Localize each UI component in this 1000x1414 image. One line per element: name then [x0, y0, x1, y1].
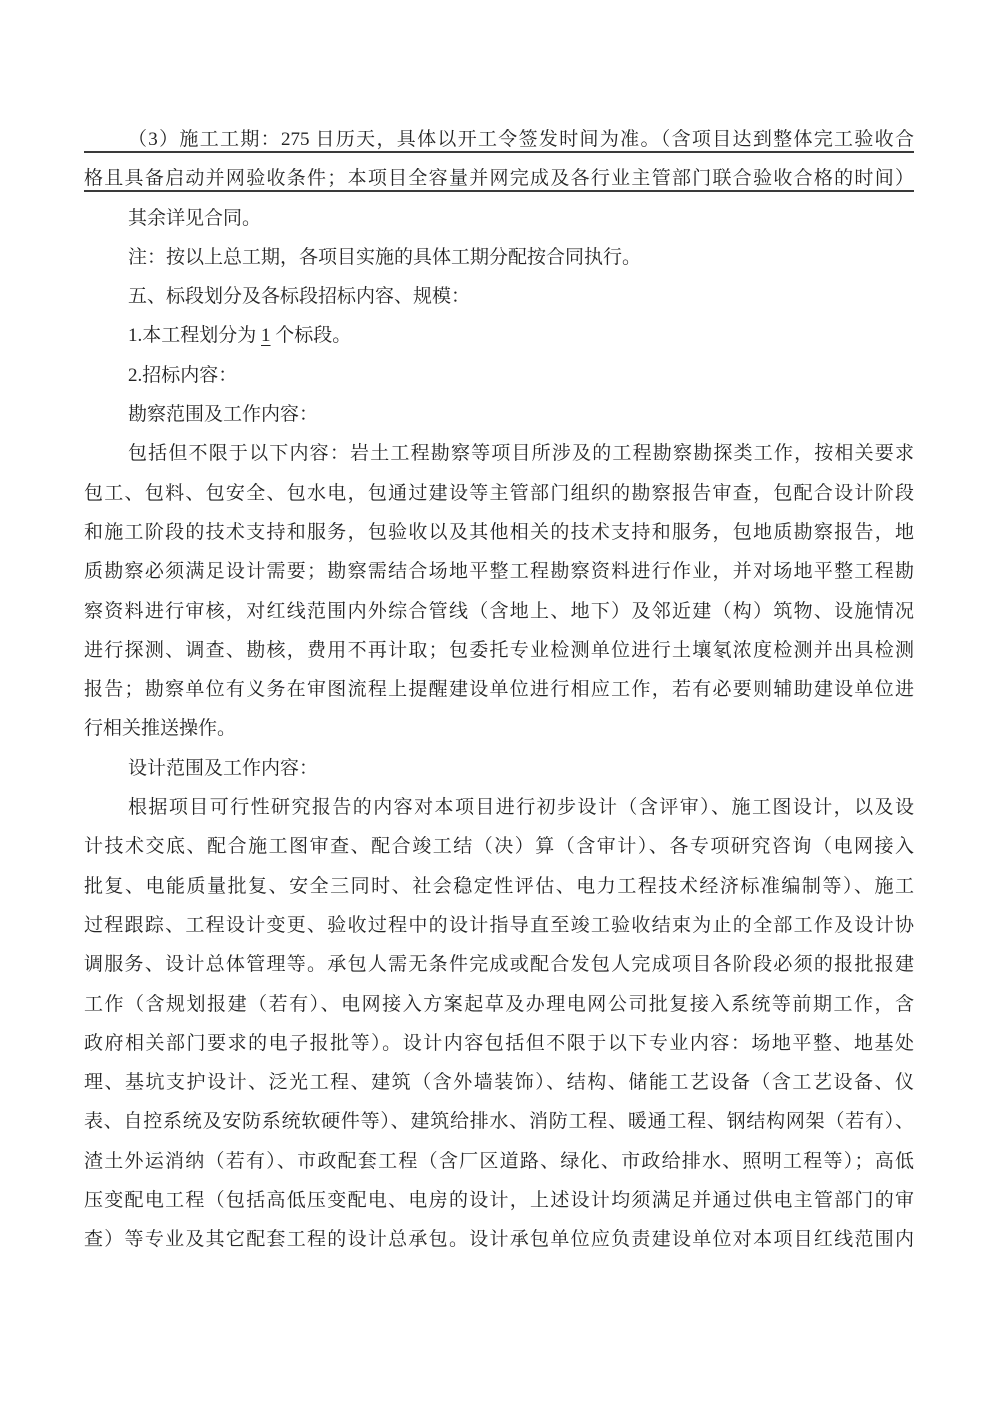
- text-line: 行相关推送操作。: [84, 709, 914, 748]
- underlined-number: 1: [261, 325, 271, 346]
- text-line: 2.招标内容：: [84, 356, 914, 395]
- text-line: 批复、电能质量批复、安全三同时、社会稳定性评估、电力工程技术经济标准编制等）、施…: [84, 867, 914, 906]
- text-segment: 个标段。: [271, 325, 352, 346]
- document-body: （3）施工工期：275 日历天，具体以开工令签发时间为准。（含项目达到整体完工验…: [0, 0, 1000, 1260]
- document-page: （3）施工工期：275 日历天，具体以开工令签发时间为准。（含项目达到整体完工验…: [0, 0, 1000, 1414]
- text-line: 表、自控系统及安防系统软硬件等）、建筑给排水、消防工程、暖通工程、钢结构网架（若…: [84, 1102, 914, 1141]
- text-line: 工作（含规划报建（若有）、电网接入方案起草及办理电网公司批复接入系统等前期工作，…: [84, 985, 914, 1024]
- text-line: 设计范围及工作内容：: [84, 749, 914, 788]
- text-line: 和施工阶段的技术支持和服务，包验收以及其他相关的技术支持和服务，包地质勘察报告，…: [84, 513, 914, 552]
- text-line: 政府相关部门要求的电子报批等）。设计内容包括但不限于以下专业内容：场地平整、地基…: [84, 1024, 914, 1063]
- text-line: 五、标段划分及各标段招标内容、规模：: [84, 277, 914, 316]
- text-line: 其余详见合同。: [84, 199, 914, 238]
- text-line: 计技术交底、配合施工图审查、配合竣工结（决）算（含审计）、各专项研究咨询（电网接…: [84, 827, 914, 866]
- text-segment: 1.本工程划分为: [128, 325, 261, 346]
- text-line: 根据项目可行性研究报告的内容对本项目进行初步设计（含评审）、施工图设计，以及设: [84, 788, 914, 827]
- text-line: 理、基坑支护设计、泛光工程、建筑（含外墙装饰）、结构、储能工艺设备（含工艺设备、…: [84, 1063, 914, 1102]
- text-line: 包括但不限于以下内容：岩土工程勘察等项目所涉及的工程勘察勘探类工作，按相关要求: [84, 434, 914, 473]
- text-line: 过程跟踪、工程设计变更、验收过程中的设计指导直至竣工验收结束为止的全部工作及设计…: [84, 906, 914, 945]
- text-line: 进行探测、调查、勘核，费用不再计取；包委托专业检测单位进行土壤氡浓度检测并出具检…: [84, 631, 914, 670]
- text-line: 注：按以上总工期，各项目实施的具体工期分配按合同执行。: [84, 238, 914, 277]
- text-line: 查）等专业及其它配套工程的设计总承包。设计承包单位应负责建设单位对本项目红线范围…: [84, 1220, 914, 1259]
- text-line: 察资料进行审核，对红线范围内外综合管线（含地上、地下）及邻近建（构）筑物、设施情…: [84, 592, 914, 631]
- text-line: 格且具备启动并网验收条件；本项目全容量并网完成及各行业主管部门联合验收合格的时间…: [84, 159, 914, 198]
- text-line: 压变配电工程（包括高低压变配电、电房的设计，上述设计均须满足并通过供电主管部门的…: [84, 1181, 914, 1220]
- text-line: 调服务、设计总体管理等。承包人需无条件完成或配合发包人完成项目各阶段必须的报批报…: [84, 945, 914, 984]
- text-line: 报告；勘察单位有义务在审图流程上提醒建设单位进行相应工作，若有必要则辅助建设单位…: [84, 670, 914, 709]
- text-line: 质勘察必须满足设计需要；勘察需结合场地平整工程勘察资料进行作业，并对场地平整工程…: [84, 552, 914, 591]
- text-line: （3）施工工期：275 日历天，具体以开工令签发时间为准。（含项目达到整体完工验…: [84, 120, 914, 159]
- text-line: 渣土外运消纳（若有）、市政配套工程（含厂区道路、绿化、市政给排水、照明工程等）；…: [84, 1142, 914, 1181]
- text-line: 勘察范围及工作内容：: [84, 395, 914, 434]
- text-line: 1.本工程划分为 1 个标段。: [84, 316, 914, 355]
- text-line: 包工、包料、包安全、包水电，包通过建设等主管部门组织的勘察报告审查，包配合设计阶…: [84, 474, 914, 513]
